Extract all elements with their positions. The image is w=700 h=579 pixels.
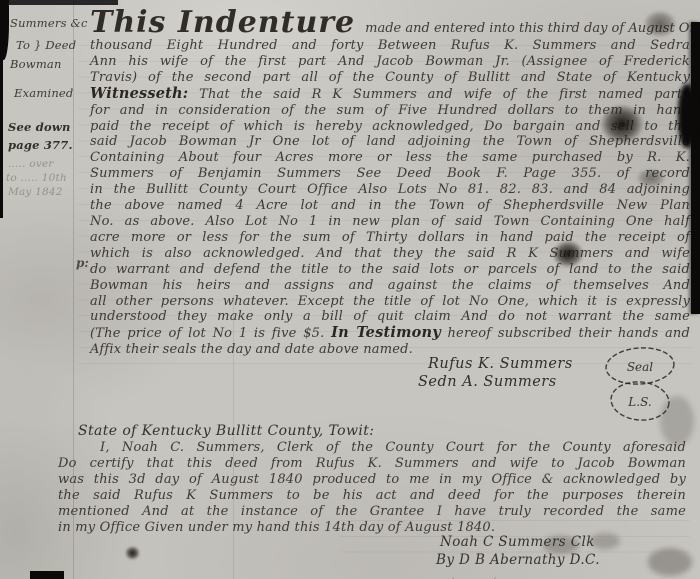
signature-sedn-summers: Sedn A. Summers	[418, 374, 573, 390]
deed-document-scan: Summers &c To } Deed Bowman Examined See…	[0, 0, 700, 579]
certification-line: the said Rufus K Summers to be his act a…	[58, 488, 686, 504]
deed-text-line: Containing About four Acres more or less…	[90, 150, 690, 166]
scan-edge-left-corner	[0, 0, 9, 60]
seal-top-text: Seal	[627, 360, 653, 374]
margin-note-grantee: Bowman	[10, 57, 62, 71]
deed-text-line: No. as above. Also Lot No 1 in new plan …	[90, 214, 690, 230]
scan-edge-top	[0, 0, 118, 5]
ink-blot	[636, 168, 666, 188]
deed-text-line: do warrant and defend the title to the s…	[90, 262, 690, 278]
deed-text-line: for and in consideration of the sum of F…	[90, 103, 690, 119]
deed-text-line: acre more or less for the sum of Thirty …	[90, 230, 690, 246]
certification-heading: State of Kentucky Bullitt County, Towit:	[78, 423, 686, 440]
deputy-clerk-signature: By D B Abernathy D.C.	[436, 552, 600, 568]
margin-note-examined: Examined	[14, 86, 74, 100]
deed-text-line: said Jacob Bowman Jr One lot of land adj…	[90, 134, 690, 150]
margin-note-see-down: See down	[8, 120, 71, 134]
deed-text-line: (The price of lot No 1 is five $5. In Te…	[90, 325, 690, 342]
deed-text-line: Witnesseth: That the said R K Summers an…	[90, 86, 690, 103]
margin-note-grantor: Summers &c	[10, 16, 88, 30]
seal-bottom-text: L.S.	[627, 395, 651, 409]
certification-line: I, Noah C. Summers, Clerk of the County …	[58, 440, 686, 456]
stain-smudge	[648, 548, 692, 576]
certification-line: mentioned And at the instance of the Gra…	[58, 504, 686, 520]
margin-p-mark: p:	[76, 256, 89, 270]
certification-line: Do certify that this deed from Rufus K. …	[58, 456, 686, 472]
scan-edge-right	[691, 22, 700, 314]
deed-text-line: the above named 4 Acre lot and in the To…	[90, 198, 690, 214]
scan-edge-right-bulge	[678, 84, 696, 148]
ink-blot	[552, 240, 584, 268]
deed-text-line: all other persons whatever. Except the t…	[90, 294, 690, 310]
flourish-mark	[452, 567, 496, 579]
margin-note-page-ref: page 377.	[8, 138, 73, 152]
deed-text-line: understood they make only a bill of quit…	[90, 309, 690, 325]
margin-note-to-deed: To } Deed	[16, 38, 76, 52]
scan-corner-bottom-left	[30, 571, 64, 579]
deed-text-line: which is also acknowledged. And that the…	[90, 246, 690, 262]
deed-text-line: in the Bullitt County Court Office Also …	[90, 182, 690, 198]
deed-opening-words: This Indenture	[90, 5, 355, 40]
stain-smudge	[590, 533, 620, 549]
certification-block: State of Kentucky Bullitt County, Towit:…	[58, 423, 686, 535]
deed-text-line: Travis) of the second part all of the Co…	[90, 70, 690, 86]
ink-blot	[125, 546, 140, 560]
grantor-signatures: Rufus K. Summers Sedn A. Summers	[428, 356, 573, 390]
ink-blot	[643, 10, 677, 38]
deed-body: This Indenturemade and entered into this…	[90, 5, 690, 358]
signature-rufus-summers: Rufus K. Summers	[428, 356, 573, 372]
deed-text-line: Ann his wife of the first part And Jacob…	[90, 54, 690, 70]
deed-opening-line: This Indenturemade and entered into this…	[90, 5, 690, 38]
margin-note-faint-2: to ..... 10th	[6, 172, 67, 184]
deed-text-line: Summers of Benjamin Summers See Deed Boo…	[90, 166, 690, 182]
stain-smudge	[543, 536, 579, 554]
ink-blot	[600, 104, 644, 144]
margin-note-faint-3: May 1842	[8, 186, 63, 198]
stain-smudge	[660, 396, 694, 446]
margin-note-faint-1: ..... over	[8, 158, 54, 170]
deed-text-line: Bowman his heirs and assigns and against…	[90, 278, 690, 294]
deed-text-line: thousand Eight Hundred and forty Between…	[90, 38, 690, 54]
certification-line: was this 3d day of August 1840 produced …	[58, 472, 686, 488]
